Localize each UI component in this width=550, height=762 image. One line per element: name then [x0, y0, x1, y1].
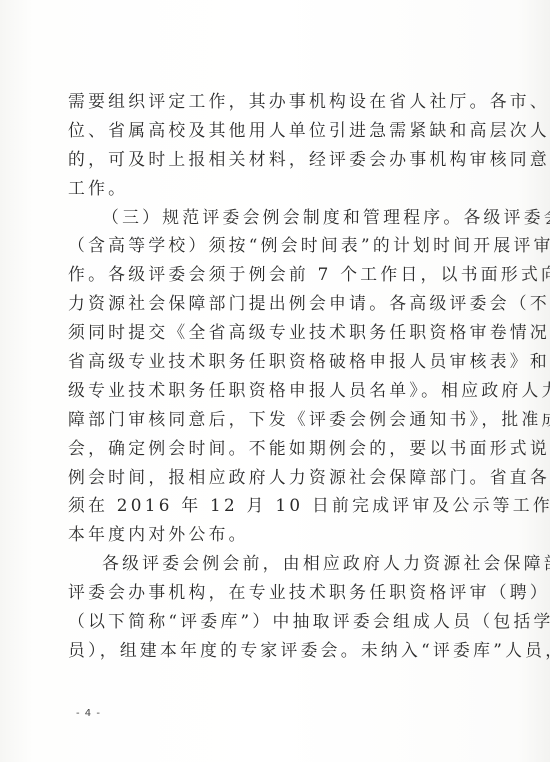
text-line: 省高级专业技术职务任职资格破格申报人员审核表》和《2016 年高 [68, 347, 474, 376]
paragraph-start-line: 各级评委会例会前，由相应政府人力资源社会保障部门会同各 [68, 549, 474, 578]
text-line: 本年度内对外公布。 [68, 520, 474, 549]
text-line: 须同时提交《全省高级专业技术职务任职资格审卷情况登记表》、《全 [68, 318, 474, 347]
text-line: 的，可及时上报相关材料，经评委会办事机构审核同意后参加评定 [68, 145, 474, 174]
text-line: 须在 2016 年 12 月 10 日前完成评审及公示等工作，确保评审结果在 [68, 491, 474, 520]
text-line: 需要组织评定工作，其办事机构设在省人社厅。各市、省直有关单 [68, 87, 474, 116]
text-line: 工作。 [68, 174, 474, 203]
section-heading-line: （三）规范评委会例会制度和管理程序。各级评委会办事机构 [68, 203, 474, 232]
text-line: 障部门审核同意后，下发《评委会例会通知书》，批准成立年度评委 [68, 405, 474, 434]
text-line: 级专业技术职务任职资格申报人员名单》。相应政府人力资源社会保 [68, 376, 474, 405]
document-body: 需要组织评定工作，其办事机构设在省人社厅。各市、省直有关单 位、省属高校及其他用… [68, 87, 474, 665]
text-line: （以下简称“评委库”）中抽取评委会组成人员（包括学科组组成人 [68, 607, 474, 636]
text-line: （含高等学校）须按“例会时间表”的计划时间开展评审（聘）工 [68, 231, 474, 260]
text-line: 作。各级评委会须于例会前 7 个工作日，以书面形式向相应政府人 [68, 260, 474, 289]
text-line: 会，确定例会时间。不能如期例会的，要以书面形式说明原因和新 [68, 434, 474, 463]
text-line: 评委会办事机构，在专业技术职务任职资格评审（聘）委员专家库 [68, 578, 474, 607]
page-number: - 4 - [76, 708, 101, 719]
document-page: 需要组织评定工作，其办事机构设在省人社厅。各市、省直有关单 位、省属高校及其他用… [0, 0, 550, 762]
text-line: 力资源社会保障部门提出例会申请。各高级评委会（不含高等学校） [68, 289, 474, 318]
text-line: 例会时间，报相应政府人力资源社会保障部门。省直各高级评委会 [68, 463, 474, 492]
text-line: 员），组建本年度的专家评委会。未纳入“评委库”人员，不得参加 [68, 636, 474, 665]
text-line: 位、省属高校及其他用人单位引进急需紧缺和高层次人才需要评价 [68, 116, 474, 145]
